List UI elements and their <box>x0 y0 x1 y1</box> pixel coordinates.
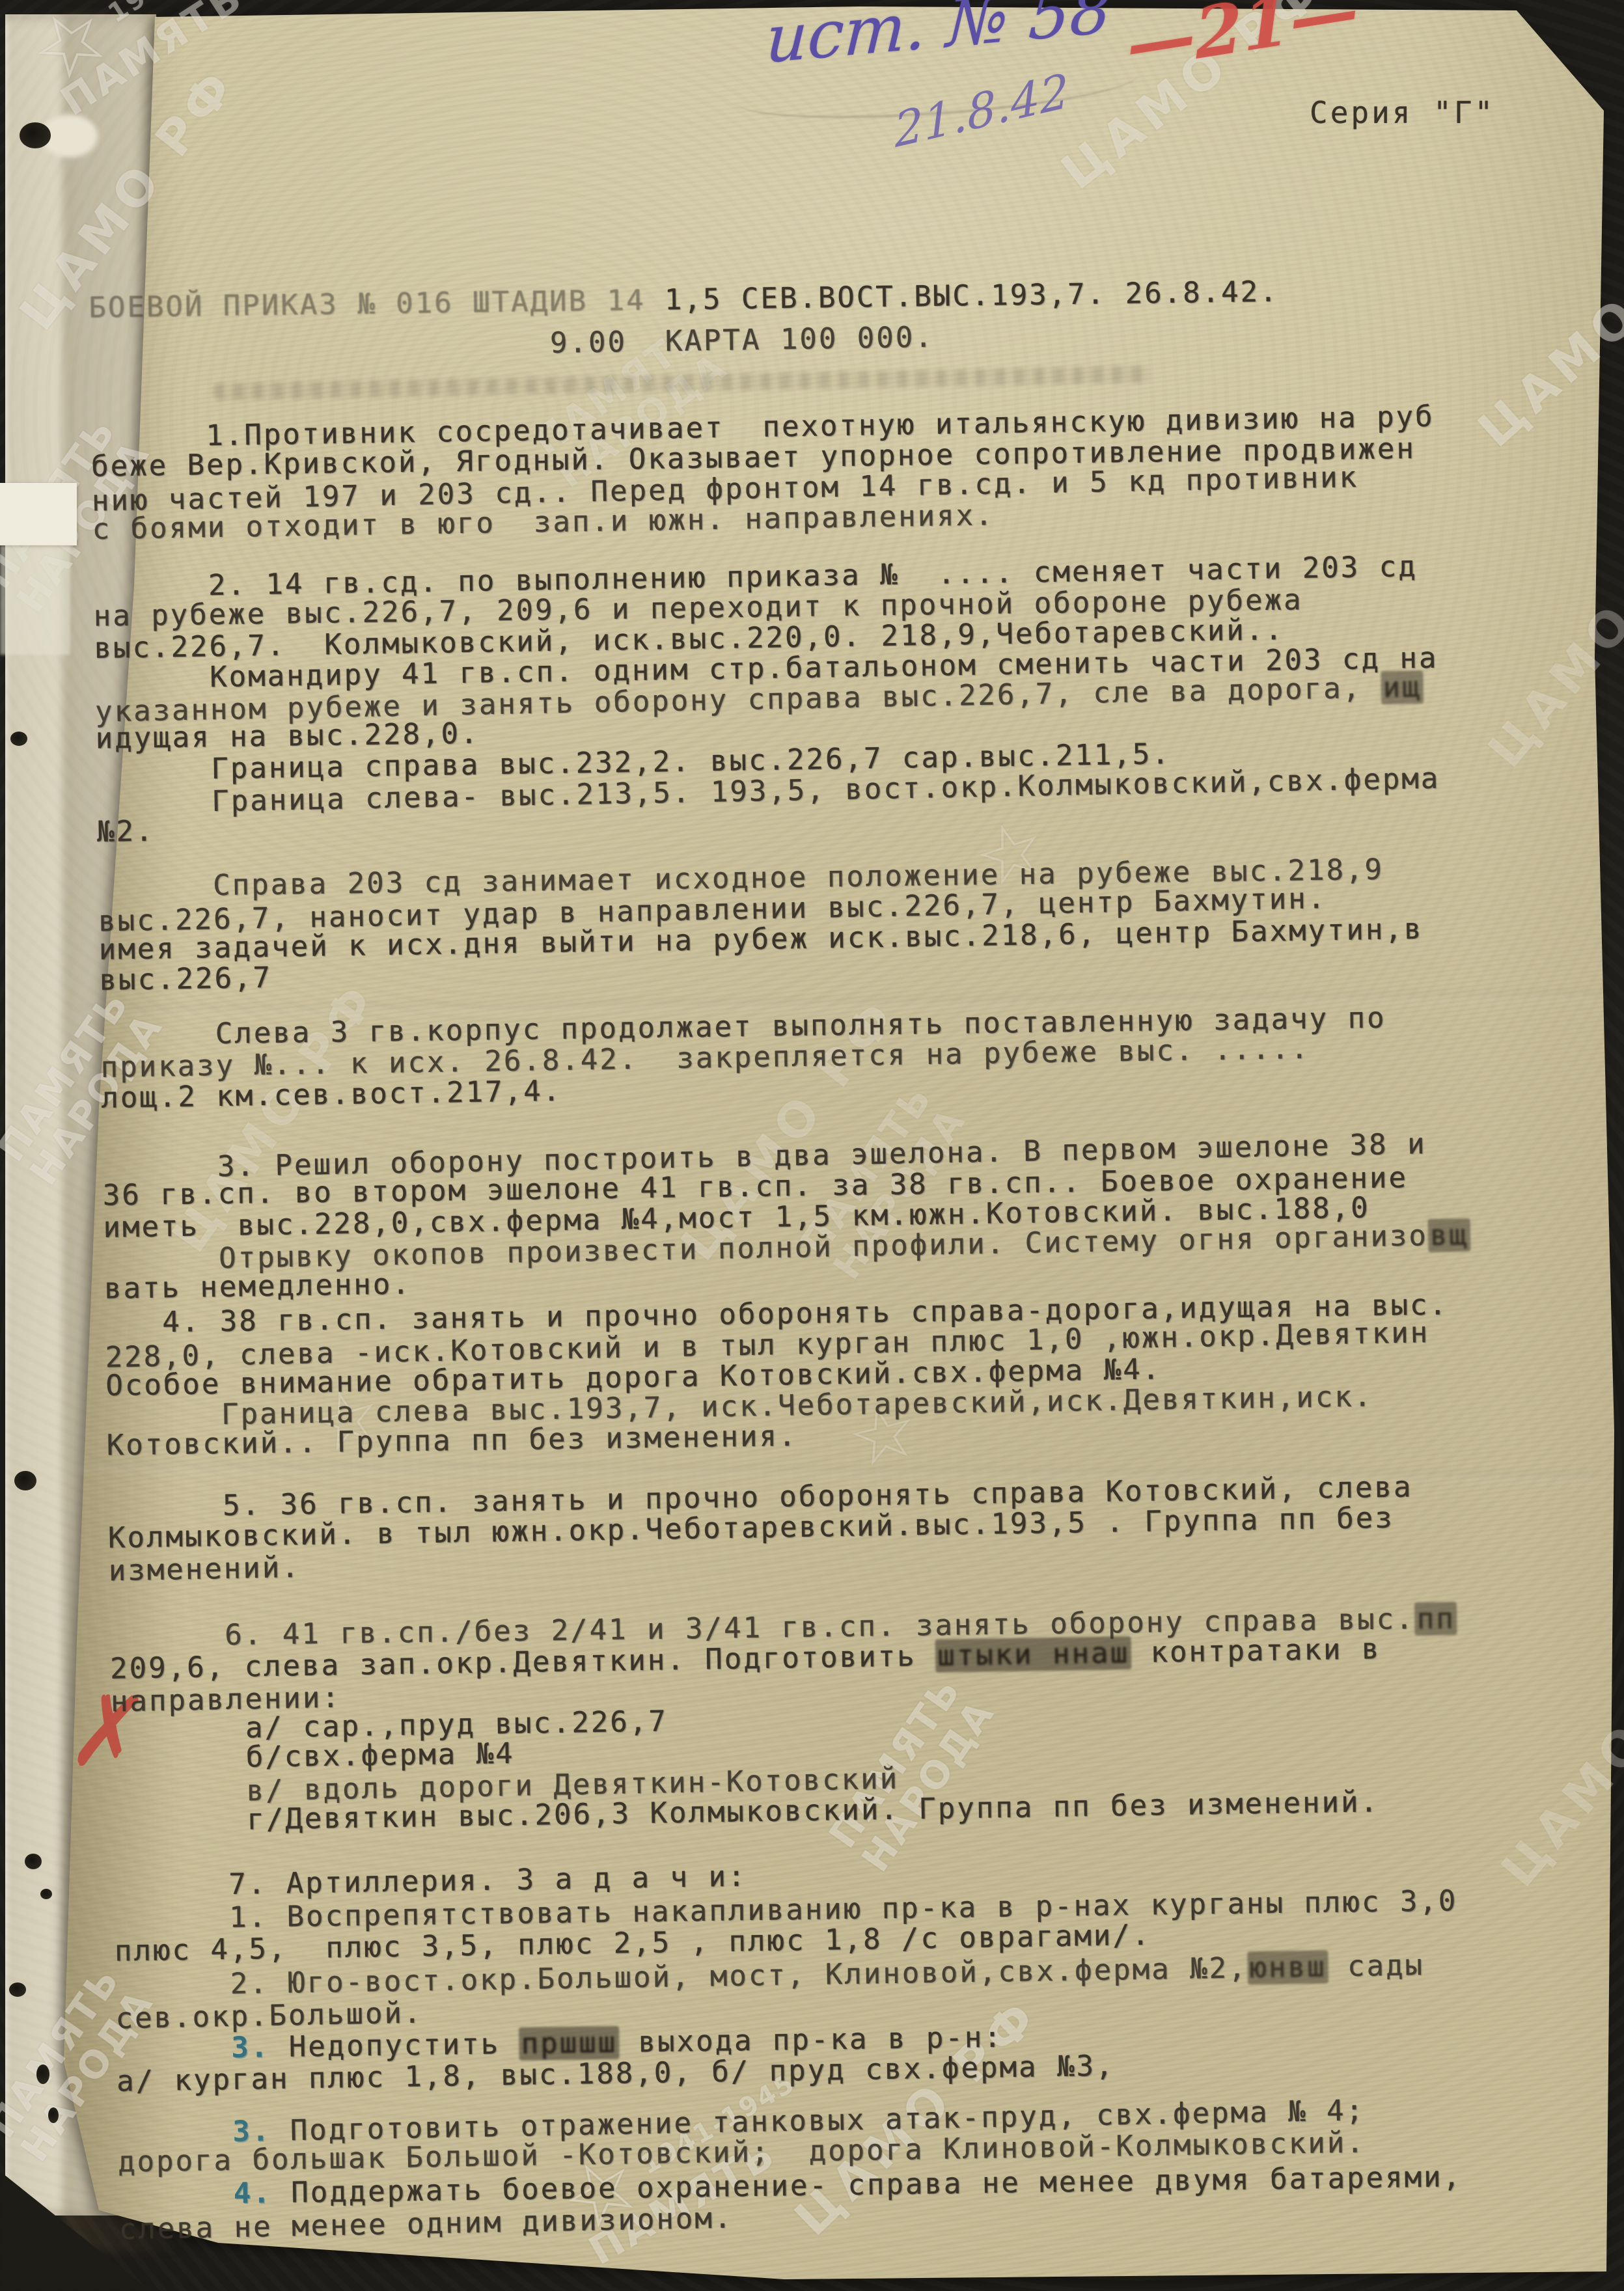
punch-hole <box>48 2107 59 2123</box>
punch-hole <box>36 2065 49 2084</box>
ink-blot: ищ <box>1381 670 1424 704</box>
paper-patch <box>0 545 70 655</box>
ink-blot: штыки ннаш <box>935 1636 1132 1673</box>
pencil-numeral: 3. <box>231 2031 270 2065</box>
series-label: Серия "Г" <box>1310 95 1495 130</box>
typed-text: сады <box>1328 1949 1424 1983</box>
typed-text <box>118 2177 234 2212</box>
scanned-document-page: ☆1941-1945 ПАМЯТЬ НАРОДА ЦАМО РФ ЦАМО РФ… <box>0 0 1624 2291</box>
punch-hole <box>10 732 27 746</box>
typed-text <box>213 366 1151 400</box>
typed-text: 9.00 КАРТА 100 000. <box>89 321 934 367</box>
typed-text: идущая на выс.228,0. <box>95 717 479 755</box>
punch-hole <box>40 1889 52 1899</box>
punch-hole <box>20 122 51 148</box>
ink-blot: юнвш <box>1247 1950 1328 1984</box>
paper-patch <box>0 483 77 545</box>
punch-hole <box>14 1471 36 1490</box>
punch-hole <box>25 1854 42 1869</box>
typed-text: б/свх.ферма №4 <box>111 1737 515 1776</box>
typed-text <box>116 2031 232 2066</box>
typed-text: БОЕВОЙ ПРИКАЗ № 016 ШТАДИВ 14 <box>89 284 665 325</box>
typed-text: изменений. <box>108 1551 301 1588</box>
typed-text: выс.226,7 <box>99 961 272 997</box>
typed-text: направлении: <box>111 1681 342 1719</box>
ink-blot: вщ <box>1427 1218 1470 1252</box>
typed-text: выхода пр-ка в р-н: <box>619 2021 1003 2059</box>
ink-blot: пп <box>1414 1602 1457 1636</box>
punch-hole <box>9 1982 26 1997</box>
typed-text-block: БОЕВОЙ ПРИКАЗ № 016 ШТАДИВ 14 1,5 СЕВ.ВО… <box>89 271 1616 2243</box>
ink-blot: пршшш <box>519 2026 619 2061</box>
pencil-numeral: 4. <box>233 2176 272 2210</box>
typed-text: Недопустить <box>269 2027 519 2064</box>
